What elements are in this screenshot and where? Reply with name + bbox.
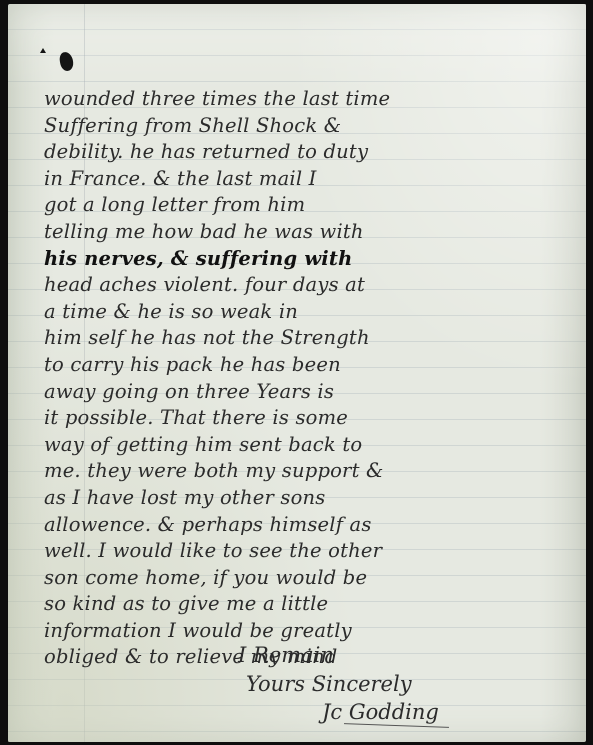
letter-line: away going on three Years is: [44, 379, 584, 406]
paper-tear-mark: [40, 48, 46, 53]
letter-line: as I have lost my other sons: [44, 485, 584, 512]
letter-line: it possible. That there is some: [44, 405, 584, 432]
letter-line: son come home, if you would be: [44, 565, 584, 592]
letter-line: him self he has not the Strength: [44, 325, 584, 352]
letter-line: wounded three times the last time: [44, 86, 584, 113]
letter-line: a time & he is so weak in: [44, 299, 584, 326]
letter-line: got a long letter from him: [44, 192, 584, 219]
closing-yours-sincerely: Yours Sincerely: [246, 672, 412, 696]
letter-line: head aches violent. four days at: [44, 272, 584, 299]
letter-line: to carry his pack he has been: [44, 352, 584, 379]
letter-line: Suffering from Shell Shock &: [44, 113, 584, 140]
letter-line: me. they were both my support &: [44, 458, 584, 485]
letter-line: allowence. & perhaps himself as: [44, 512, 584, 539]
punch-hole: [58, 51, 74, 72]
letter-line: debility. he has returned to duty: [44, 139, 584, 166]
letter-line: so kind as to give me a little: [44, 591, 584, 618]
letter-line: in France. & the last mail I: [44, 166, 584, 193]
closing-remain: I Remain: [238, 643, 334, 667]
letter-body: wounded three times the last time Suffer…: [44, 86, 584, 671]
letter-line: telling me how bad he was with: [44, 219, 584, 246]
signature: Jc Godding: [322, 700, 439, 724]
letter-line-emphasized: his nerves, & suffering with: [44, 246, 584, 273]
letter-line: well. I would like to see the other: [44, 538, 584, 565]
letter-line: information I would be greatly: [44, 618, 584, 645]
letter-line: way of getting him sent back to: [44, 432, 584, 459]
